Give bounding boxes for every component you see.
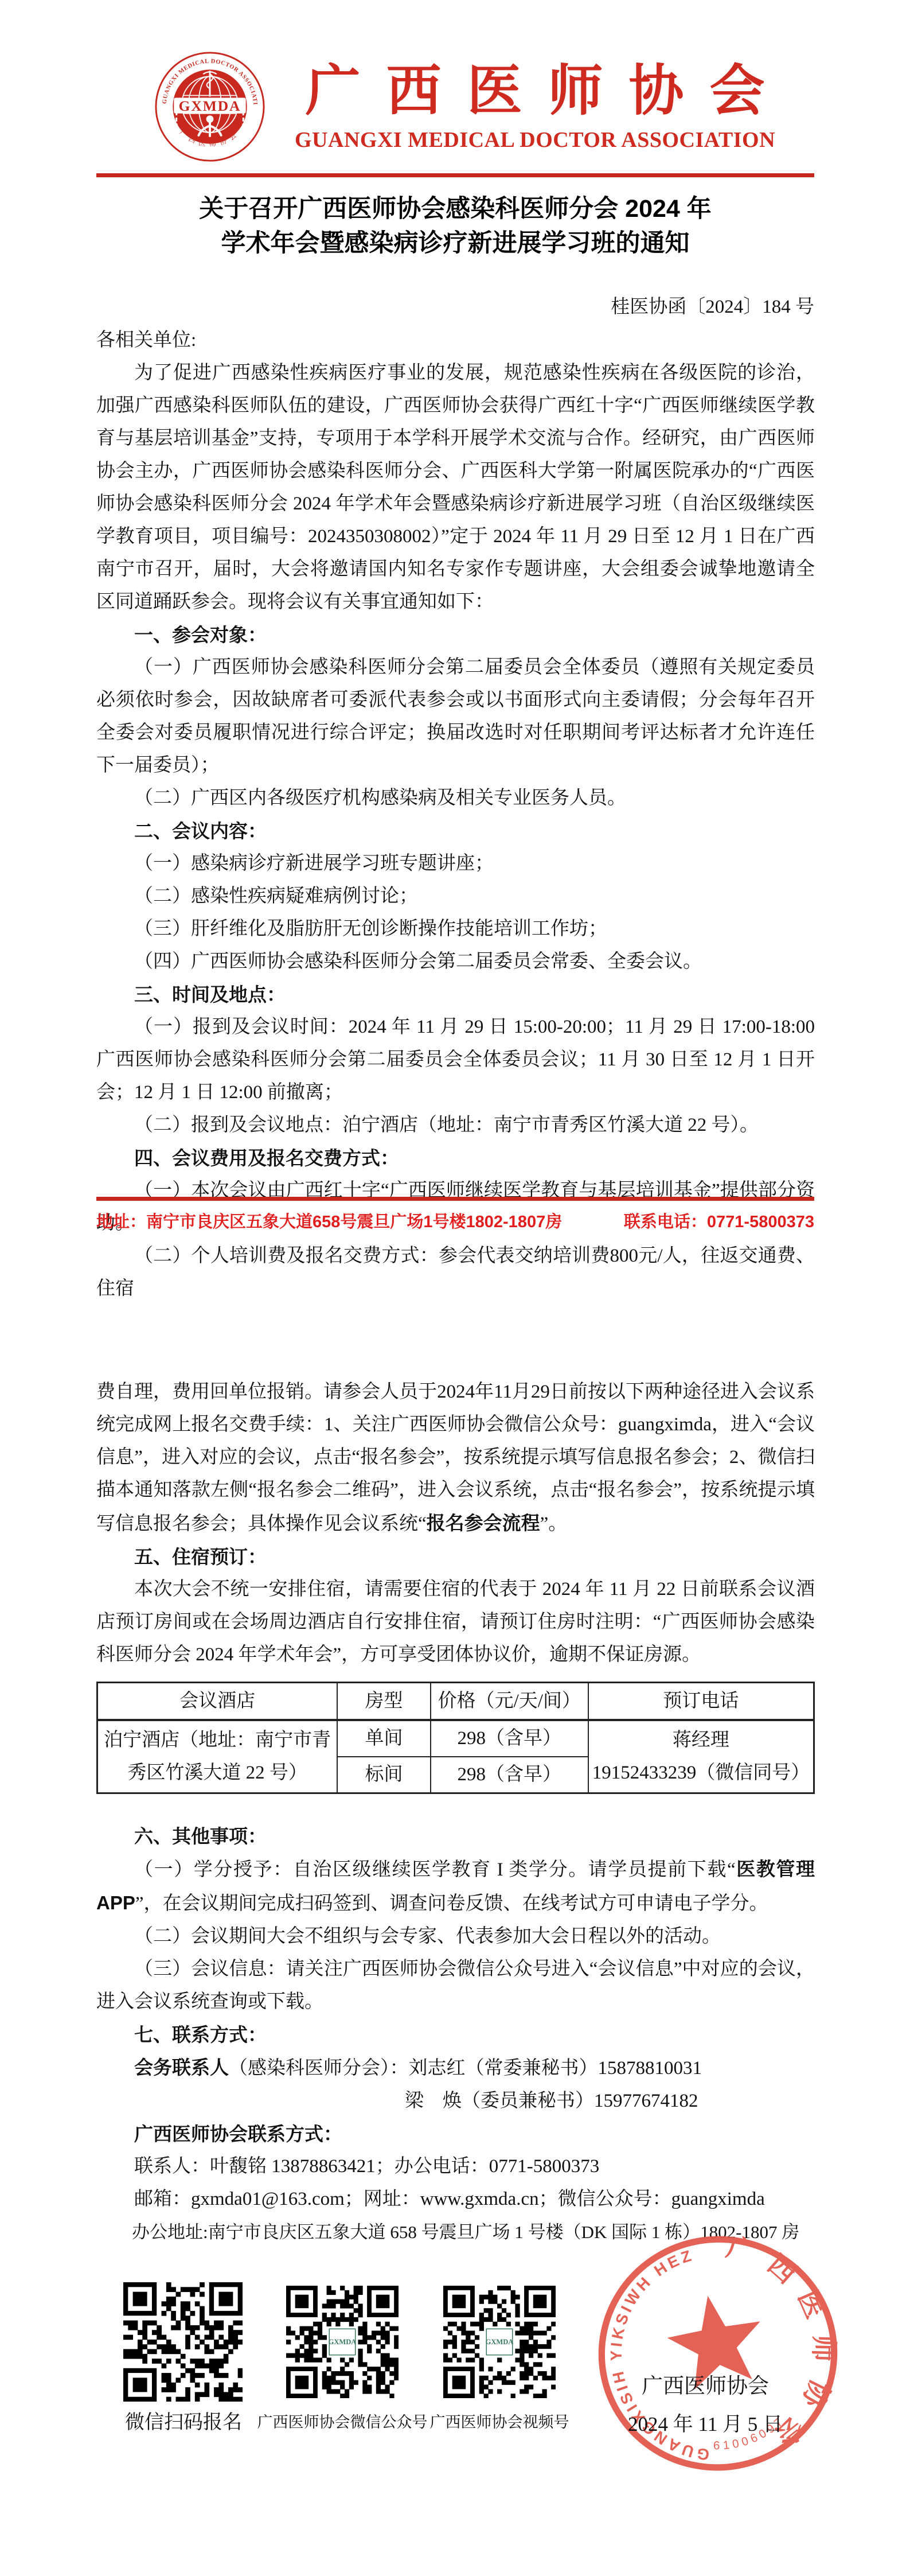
page1-body: 各相关单位: 为了促进广西感染性疾病医疗事业的发展，规范感染性疾病在各级医院的诊… <box>96 324 815 1305</box>
footer-phone: 联系电话：0771-5800373 <box>624 1209 814 1232</box>
section3-item2: （二）报到及会议地点：泊宁酒店（地址：南宁市青秀区竹溪大道 22 号）。 <box>96 1109 815 1142</box>
signature-date: 2024 年 11 月 5 日 <box>599 2408 811 2437</box>
col-price: 价格（元/天/间） <box>431 1683 588 1721</box>
credit-text: （一）学分授予：自治区级继续医学教育 I 类学分。请学员提前下载“ <box>134 1859 736 1880</box>
header-divider <box>96 173 814 177</box>
room-type-cell: 单间 <box>337 1720 431 1757</box>
page2-body: 费自理，费用回单位报销。请参会人员于2024年11月29日前按以下两种途径进入会… <box>96 1376 815 2248</box>
association-contact-heading: 广西医师协会联系方式： <box>96 2118 815 2150</box>
fee-cont-text: 费自理，费用回单位报销。请参会人员于2024年11月29日前按以下两种途径进入会… <box>96 1382 815 1534</box>
conference-contact-line: 会务联系人（感染科医师分会）：刘志红（常委兼秘书）15878810031 <box>96 2051 815 2085</box>
price-cell: 298（含早） <box>431 1720 588 1757</box>
letterhead: GUANGXI MEDICAL DOCTOR ASSOCIATION 广西医师协… <box>154 50 775 163</box>
svg-text:GXMDA: GXMDA <box>329 2338 357 2346</box>
salutation: 各相关单位: <box>96 324 815 357</box>
section5-paragraph: 本次大会不统一安排住宿，请需要住宿的代表于 2024 年 11 月 22 日前联… <box>96 1573 815 1671</box>
document-title: 关于召开广西医师协会感染科医师分会 2024 年 学术年会暨感染病诊疗新进展学习… <box>96 192 814 260</box>
section7-heading: 七、联系方式： <box>96 2018 815 2051</box>
logo-abbr: GXMDA <box>179 98 241 114</box>
section1-item2: （二）广西区内各级医疗机构感染病及相关专业医务人员。 <box>96 782 815 815</box>
association-email-web: 邮箱：gxmda01@163.com；网址：www.gxmda.cn；微信公众号… <box>96 2183 815 2216</box>
col-phone: 预订电话 <box>588 1683 814 1721</box>
section6-item3: （三）会议信息：请关注广西医师协会微信公众号进入“会议信息”中对应的会议，进入会… <box>96 1953 815 2018</box>
section4-heading: 四、会议费用及报名交费方式： <box>96 1142 815 1174</box>
official-seal: GUANGXISIH YIKSIWH HEZVEI 广西医师协会 6100609… <box>576 2211 860 2496</box>
contact-phone: 19152433239（微信同号） <box>592 1757 810 1789</box>
fee-continuation-paragraph: 费自理，费用回单位报销。请参会人员于2024年11月29日前按以下两种途径进入会… <box>96 1376 815 1540</box>
association-logo-icon: GUANGXI MEDICAL DOCTOR ASSOCIATION 广西医师协… <box>154 50 266 163</box>
signature-org: 广西医师协会 <box>608 2368 803 2399</box>
footer-divider <box>96 1197 814 1201</box>
qr-label-wechat: 广西医师协会微信公众号 <box>248 2410 437 2432</box>
section6-heading: 六、其他事项： <box>96 1820 815 1853</box>
section3-item1: （一）报到及会议时间：2024 年 11 月 29 日 15:00-20:00；… <box>96 1011 815 1109</box>
table-row: 泊宁酒店（地址：南宁市青秀区竹溪大道 22 号） 单间 298（含早） 蒋经理 … <box>97 1720 814 1757</box>
qr-label-video: 广西医师协会视频号 <box>425 2410 574 2432</box>
section3-heading: 三、时间及地点： <box>96 978 815 1011</box>
section6-item2: （二）会议期间大会不组织与会专家、代表参加大会日程以外的活动。 <box>96 1920 815 1953</box>
qr-label-signup: 微信扫码报名 <box>95 2406 272 2434</box>
notice-document: GUANGXI MEDICAL DOCTOR ASSOCIATION 广西医师协… <box>0 0 910 2576</box>
section2-item2: （二）感染性疾病疑难病例讨论； <box>96 880 815 913</box>
org-names: 广西医师协会 GUANGXI MEDICAL DOCTOR ASSOCIATIO… <box>295 61 775 153</box>
qr-code: GXMDA <box>286 2286 399 2401</box>
signature-block: GXMDA GXMDA 微信扫码报名 广西医师协会微信公众号 广西医师协会视频号… <box>0 2226 910 2565</box>
col-room-type: 房型 <box>337 1683 431 1721</box>
intro-paragraph: 为了促进广西感染性疾病医疗事业的发展，规范感染性疾病在各级医院的诊治，加强广西感… <box>96 357 815 618</box>
title-line-1: 关于召开广西医师协会感染科医师分会 2024 年 <box>199 195 712 223</box>
hotel-table: 会议酒店 房型 价格（元/天/间） 预订电话 泊宁酒店（地址：南宁市青秀区竹溪大… <box>96 1682 815 1794</box>
section2-heading: 二、会议内容： <box>96 815 815 847</box>
qr-code <box>123 2282 243 2404</box>
svg-text:GXMDA: GXMDA <box>486 2338 514 2346</box>
price-cell: 298（含早） <box>431 1757 588 1793</box>
credit-text-end: ”，在会议期间完成扫码签到、调查问卷反馈、在线考试方可申请电子学分。 <box>135 1893 768 1914</box>
contact-name: 蒋经理 <box>592 1724 810 1757</box>
section2-item1: （一）感染病诊疗新进展学习班专题讲座； <box>96 847 815 880</box>
signup-flow-bold: 报名参会流程 <box>427 1512 540 1534</box>
contact-detail: （感染科医师分会）：刘志红（常委兼秘书）15878810031 <box>229 2058 702 2079</box>
section2-item3: （三）肝纤维化及脂肪肝无创诊断操作技能培训工作坊； <box>96 913 815 945</box>
hotel-name-cell: 泊宁酒店（地址：南宁市青秀区竹溪大道 22 号） <box>97 1720 338 1793</box>
page1-footer: 地址：南宁市良庆区五象大道658号震旦广场1号楼1802-1807房 联系电话：… <box>96 1197 814 1232</box>
section2-item4: （四）广西医师协会感染科医师分会第二届委员会常委、全委会议。 <box>96 945 815 978</box>
section6-item1: （一）学分授予：自治区级继续医学教育 I 类学分。请学员提前下载“医教管理 AP… <box>96 1853 815 1920</box>
col-hotel: 会议酒店 <box>97 1683 338 1721</box>
qr-code: GXMDA <box>443 2286 556 2401</box>
fee-cont-end: ”。 <box>540 1513 568 1534</box>
org-name-cn: 广西医师协会 <box>295 61 801 122</box>
room-type-cell: 标间 <box>337 1757 431 1793</box>
section1-heading: 一、参会对象： <box>96 618 815 651</box>
title-line-2: 学术年会暨感染病诊疗新进展学习班的通知 <box>221 229 690 257</box>
contact-label-bold: 会务联系人 <box>134 2057 229 2078</box>
section5-heading: 五、住宿预订： <box>96 1540 815 1573</box>
footer-address: 地址：南宁市良庆区五象大道658号震旦广场1号楼1802-1807房 <box>96 1209 562 1232</box>
booking-contact-cell: 蒋经理 19152433239（微信同号） <box>588 1720 814 1793</box>
association-contact-person: 联系人：叶馥铭 13878863421；办公电话：0771-5800373 <box>96 2150 815 2183</box>
org-name-en: GUANGXI MEDICAL DOCTOR ASSOCIATION <box>295 127 775 153</box>
table-header-row: 会议酒店 房型 价格（元/天/间） 预订电话 <box>97 1683 814 1721</box>
document-number: 桂医协函〔2024〕184 号 <box>96 291 814 318</box>
section4-item2: （二）个人培训费及报名交费方式：参会代表交纳培训费800元/人，往返交通费、住宿 <box>96 1240 815 1305</box>
section1-item1: （一）广西医师协会感染科医师分会第二届委员会全体委员（遵照有关规定委员必须依时参… <box>96 651 815 782</box>
conference-contact-line2: 梁 焕（委员兼秘书）15977674182 <box>96 2085 815 2118</box>
